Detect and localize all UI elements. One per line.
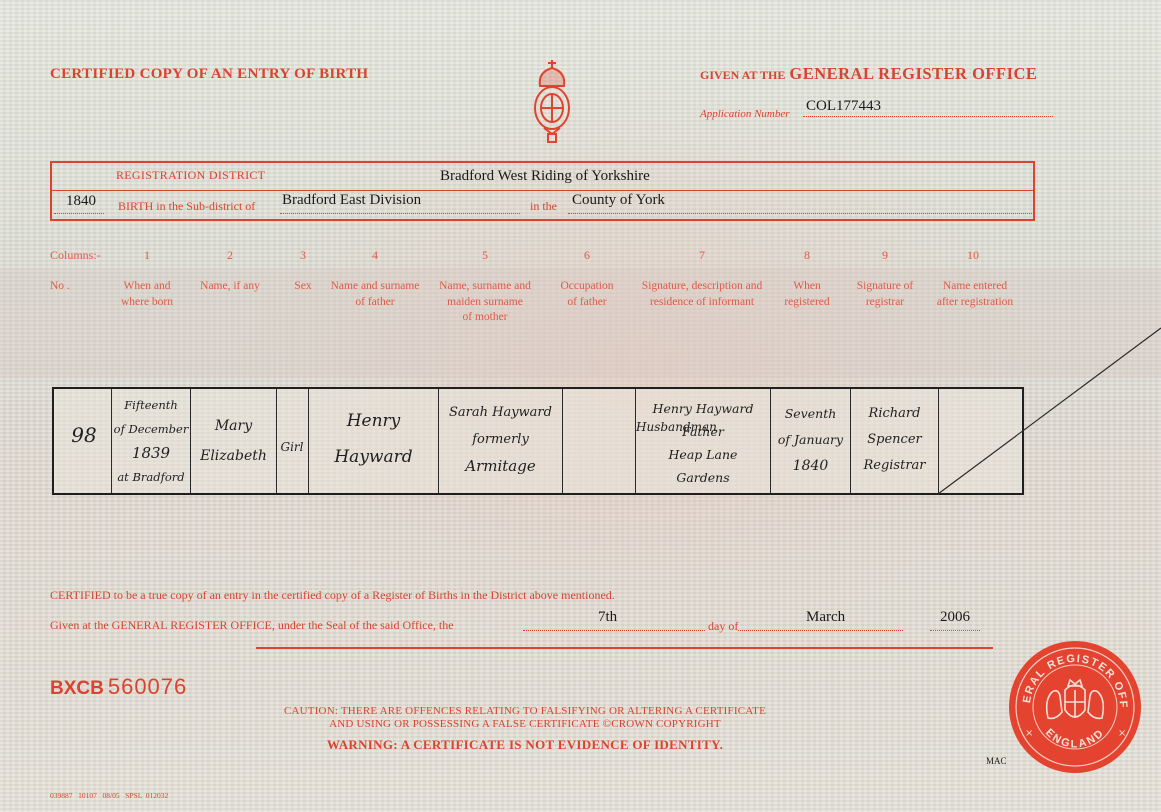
- register-entry: 98 Fifteenth of December 1839 at Bradfor…: [52, 387, 1024, 495]
- column-heading-no: No .: [50, 279, 70, 295]
- handwritten-line: Heap Lane: [636, 443, 770, 466]
- column-divider: [938, 389, 939, 493]
- year-line: [930, 630, 980, 631]
- day-line: [523, 630, 705, 631]
- year-line: [54, 213, 104, 214]
- handwritten-line: Fifteenth: [112, 393, 190, 417]
- column-heading-line: residence of informant: [632, 295, 772, 311]
- column-heading: Name and surname of father: [320, 279, 430, 310]
- county: County of York: [572, 192, 665, 209]
- application-number-line: [803, 116, 1053, 117]
- entry-mother: Sarah Hayward formerly Armitage: [439, 399, 562, 480]
- column-heading-line: of father: [320, 295, 430, 311]
- handwritten-line: Spencer: [851, 427, 938, 453]
- handwritten-line: Gardens: [636, 466, 770, 489]
- in-the-label: in the: [530, 199, 557, 214]
- column-heading: Signature, description and residence of …: [632, 279, 772, 310]
- registration-district-label: REGISTRATION DISTRICT: [116, 168, 265, 183]
- column-heading-line: of mother: [430, 310, 540, 326]
- svg-text:×: ×: [1025, 728, 1033, 739]
- handwritten-line: Father: [636, 420, 770, 443]
- handwritten-line: Armitage: [439, 453, 562, 480]
- handwritten-line: 1840: [771, 453, 850, 479]
- column-heading-line: of father: [545, 295, 629, 311]
- column-heading: When registered: [772, 279, 842, 310]
- day-of-label: day of: [708, 619, 738, 634]
- certificate-serial: BXCB 560076: [50, 674, 187, 700]
- column-heading: Name entered after registration: [925, 279, 1025, 310]
- column-number: 4: [355, 248, 395, 263]
- registration-year: 1840: [66, 193, 96, 210]
- certification-year: 2006: [940, 609, 970, 626]
- handwritten-line: Seventh: [771, 401, 850, 427]
- entry-name: Mary Elizabeth: [191, 411, 276, 471]
- column-number: 6: [567, 248, 607, 263]
- entry-when-where-born: Fifteenth of December 1839 at Bradford: [112, 393, 190, 489]
- handwritten-line: Elizabeth: [191, 441, 276, 471]
- column-number: 3: [283, 248, 323, 263]
- column-heading-line: Signature, description and: [632, 279, 772, 295]
- caution-notice: CAUTION: THERE ARE OFFENCES RELATING TO …: [250, 705, 800, 731]
- registration-district: Bradford West Riding of Yorkshire: [440, 168, 650, 185]
- entry-informant-lines: Henry Hayward Father Heap Lane Gardens: [636, 397, 770, 489]
- column-heading-line: Signature of: [845, 279, 925, 295]
- certification-day: 7th: [598, 609, 617, 626]
- svg-text:×: ×: [1118, 728, 1126, 739]
- office-name: GENERAL REGISTER OFFICE: [789, 64, 1037, 83]
- month-line: [738, 630, 903, 631]
- handwritten-line: 1839: [112, 441, 190, 465]
- column-heading: Name, if any: [185, 279, 275, 295]
- column-heading-line: where born: [102, 295, 192, 311]
- horizontal-rule: [256, 647, 993, 649]
- print-code: 039887 10107 08/05 SPSL 012032: [50, 791, 168, 800]
- column-heading-line: maiden surname: [430, 295, 540, 311]
- certification-statement: CERTIFIED to be a true copy of an entry …: [50, 588, 615, 603]
- handwritten-line: Henry: [309, 403, 438, 439]
- column-heading: Sex: [283, 279, 323, 295]
- handwritten-line: of January: [771, 427, 850, 453]
- entry-when-registered: Seventh of January 1840: [771, 401, 850, 479]
- serial-prefix: BXCB: [50, 678, 104, 699]
- county-line: [568, 213, 1032, 214]
- column-number: 8: [787, 248, 827, 263]
- column-heading-line: Name, if any: [185, 279, 275, 295]
- application-number: COL177443: [806, 98, 881, 115]
- column-heading-line: Occupation: [545, 279, 629, 295]
- entry-sex: Girl: [276, 437, 308, 457]
- certification-month: March: [806, 609, 845, 626]
- column-number: 5: [465, 248, 505, 263]
- column-number: 7: [682, 248, 722, 263]
- handwritten-line: Mary: [191, 411, 276, 441]
- handwritten-line: Richard: [851, 401, 938, 427]
- handwritten-line: Sarah Hayward: [439, 399, 562, 426]
- entry-father: Henry Hayward: [309, 403, 438, 475]
- given-at-statement: Given at the GENERAL REGISTER OFFICE, un…: [50, 618, 454, 633]
- columns-label: Columns:-: [50, 248, 101, 263]
- column-heading: Signature of registrar: [845, 279, 925, 310]
- handwritten-line: Hayward: [309, 439, 438, 475]
- entry-registrar: Richard Spencer Registrar: [851, 401, 938, 479]
- caution-line: AND USING OR POSSESSING A FALSE CERTIFIC…: [250, 718, 800, 731]
- identity-warning: WARNING: A CERTIFICATE IS NOT EVIDENCE O…: [250, 737, 800, 753]
- column-heading: Name, surname and maiden surname of moth…: [430, 279, 540, 326]
- column-number: 2: [210, 248, 250, 263]
- column-heading: When and where born: [102, 279, 192, 310]
- application-number-label: Application Number: [700, 108, 790, 120]
- handwritten-line: formerly: [439, 426, 562, 453]
- subdistrict: Bradford East Division: [282, 192, 421, 209]
- column-heading-line: When: [772, 279, 842, 295]
- column-divider: [562, 389, 563, 493]
- caution-line: CAUTION: THERE ARE OFFENCES RELATING TO …: [250, 705, 800, 718]
- handwritten-line: Henry Hayward: [636, 397, 770, 420]
- column-number: 10: [953, 248, 993, 263]
- column-heading-line: registrar: [845, 295, 925, 311]
- column-heading-line: When and: [102, 279, 192, 295]
- subdistrict-line: [280, 213, 520, 214]
- handwritten-line: at Bradford: [112, 465, 190, 489]
- serial-number: 560076: [108, 674, 187, 699]
- entry-number: 98: [58, 425, 110, 445]
- handwritten-line: Registrar: [851, 453, 938, 479]
- column-number: 9: [865, 248, 905, 263]
- column-heading-line: Name and surname: [320, 279, 430, 295]
- subdistrict-label: BIRTH in the Sub-district of: [118, 199, 255, 214]
- registration-divider: [52, 190, 1033, 191]
- column-heading: Occupation of father: [545, 279, 629, 310]
- royal-crest-icon: [530, 58, 574, 144]
- column-heading-line: Sex: [283, 279, 323, 295]
- column-heading-line: after registration: [925, 295, 1025, 311]
- certificate-title: CERTIFIED COPY OF AN ENTRY OF BIRTH: [50, 66, 368, 83]
- column-heading-line: registered: [772, 295, 842, 311]
- clerk-initials: MAC: [986, 756, 1007, 766]
- given-at-prefix: GIVEN AT THE: [700, 68, 785, 82]
- general-register-office-seal-icon: GENERAL REGISTER OFFICE ENGLAND × ×: [1008, 640, 1142, 774]
- column-heading-line: Name entered: [925, 279, 1025, 295]
- handwritten-line: of December: [112, 417, 190, 441]
- column-number: 1: [127, 248, 167, 263]
- issuing-office: GIVEN AT THE GENERAL REGISTER OFFICE: [700, 64, 1037, 84]
- column-heading-line: Name, surname and: [430, 279, 540, 295]
